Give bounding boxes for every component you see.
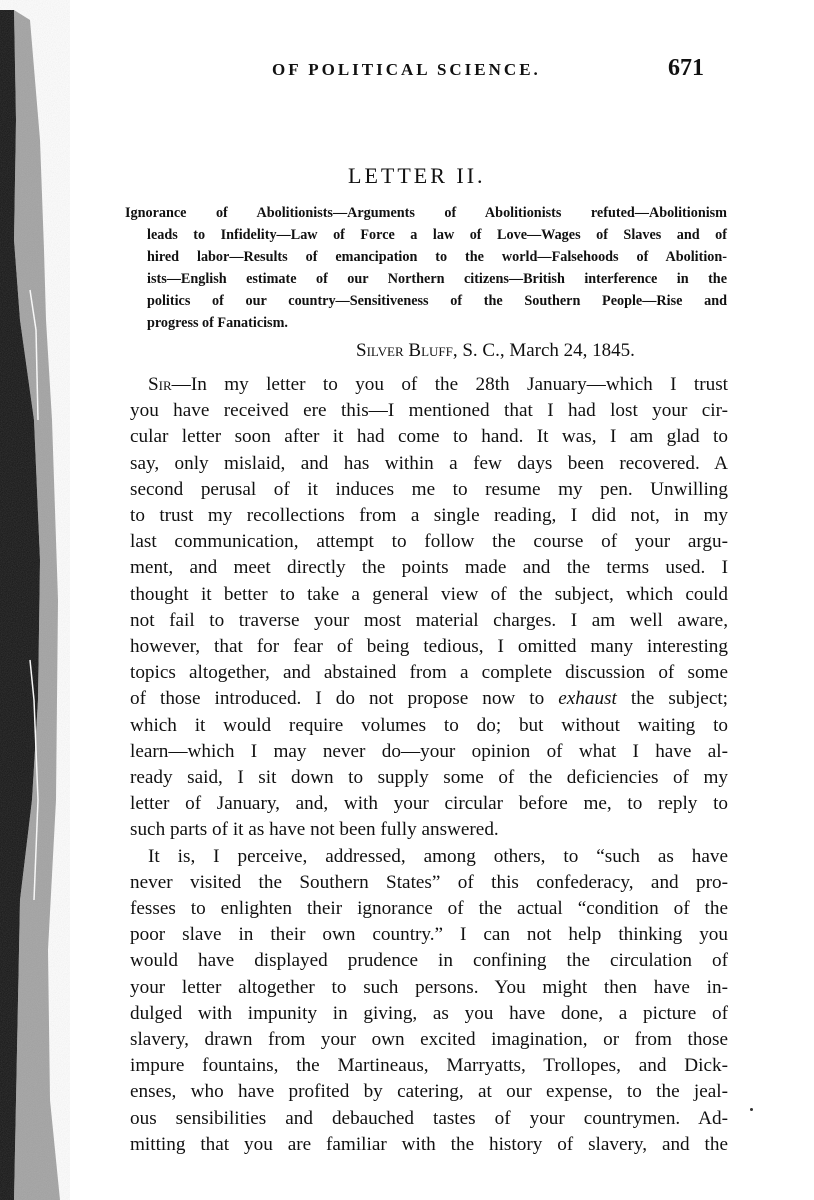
body-line: which it would require volumes to do; bu… bbox=[130, 713, 728, 739]
body-line: of those introduced. I do not propose no… bbox=[130, 686, 728, 712]
paragraph-2-line: enses, who have profited by catering, at… bbox=[130, 1079, 728, 1105]
summary-line: progress of Fanaticism. bbox=[125, 312, 727, 334]
paragraph-2-line: impure fountains, the Martineaus, Marrya… bbox=[130, 1053, 728, 1079]
body-line: however, that for fear of being tedious,… bbox=[130, 634, 728, 660]
salutation: Sir bbox=[148, 374, 172, 395]
body-line: not fail to traverse your most material … bbox=[130, 608, 728, 634]
body-line: topics altogether, and abstained from a … bbox=[130, 660, 728, 686]
summary-line: hired labor—Results of emancipation to t… bbox=[125, 246, 727, 268]
paragraph-2-line: poor slave in their own country.” I can … bbox=[130, 922, 728, 948]
body-line: to trust my recollections from a single … bbox=[130, 503, 728, 529]
paragraph-2-line: never visited the Southern States” of th… bbox=[130, 870, 728, 896]
body-line: say, only mislaid, and has within a few … bbox=[130, 451, 728, 477]
paragraph-2-line: your letter altogether to such persons. … bbox=[130, 975, 728, 1001]
summary-line: politics of our country—Sensitiveness of… bbox=[125, 290, 727, 312]
body-line: such parts of it as have not been fully … bbox=[130, 817, 728, 843]
body-line: second perusal of it induces me to resum… bbox=[130, 477, 728, 503]
body-line: Sir—In my letter to you of the 28th Janu… bbox=[130, 372, 728, 398]
dateline-place: Silver Bluff bbox=[356, 340, 453, 361]
body-line: ready said, I sit down to supply some of… bbox=[130, 765, 728, 791]
paragraph-2-line: It is, I perceive, addressed, among othe… bbox=[130, 844, 728, 870]
paragraph-2-line: ous sensibilities and debauched tastes o… bbox=[130, 1106, 728, 1132]
body-line: cular letter soon after it had come to h… bbox=[130, 424, 728, 450]
summary-line: leads to Infidelity—Law of Force a law o… bbox=[125, 224, 727, 246]
body-line: thought it better to take a general view… bbox=[130, 582, 728, 608]
dateline: Silver Bluff, S. C., March 24, 1845. bbox=[356, 340, 635, 362]
body-line: letter of January, and, with your circul… bbox=[130, 791, 728, 817]
paragraph-2-line: slavery, drawn from your own excited ima… bbox=[130, 1027, 728, 1053]
page-number: 671 bbox=[668, 55, 704, 82]
body-line: last communication, attempt to follow th… bbox=[130, 529, 728, 555]
summary-line: Ignorance of Abolitionists—Arguments of … bbox=[125, 202, 727, 224]
letter-title: LETTER II. bbox=[348, 163, 486, 189]
paragraph-2-line: would have displayed prudence in confini… bbox=[130, 948, 728, 974]
chapter-summary: Ignorance of Abolitionists—Arguments of … bbox=[125, 202, 727, 334]
body-line: you have received ere this—I mentioned t… bbox=[130, 398, 728, 424]
body-line: ment, and meet directly the points made … bbox=[130, 555, 728, 581]
letter-body: Sir—In my letter to you of the 28th Janu… bbox=[130, 372, 728, 1158]
paragraph-2-line: mitting that you are familiar with the h… bbox=[130, 1132, 728, 1158]
body-line: learn—which I may never do—your opinion … bbox=[130, 739, 728, 765]
summary-line: ists—English estimate of our Northern ci… bbox=[125, 268, 727, 290]
paragraph-2-line: fesses to enlighten their ignorance of t… bbox=[130, 896, 728, 922]
emphasis-exhaust: exhaust bbox=[558, 688, 617, 709]
running-head: OF POLITICAL SCIENCE. bbox=[272, 60, 541, 80]
paragraph-2-line: dulged with impunity in giving, as you h… bbox=[130, 1001, 728, 1027]
scan-speck bbox=[750, 1108, 753, 1111]
dateline-rest: , S. C., March 24, 1845. bbox=[453, 340, 635, 361]
book-gutter-shadow bbox=[0, 0, 70, 1200]
